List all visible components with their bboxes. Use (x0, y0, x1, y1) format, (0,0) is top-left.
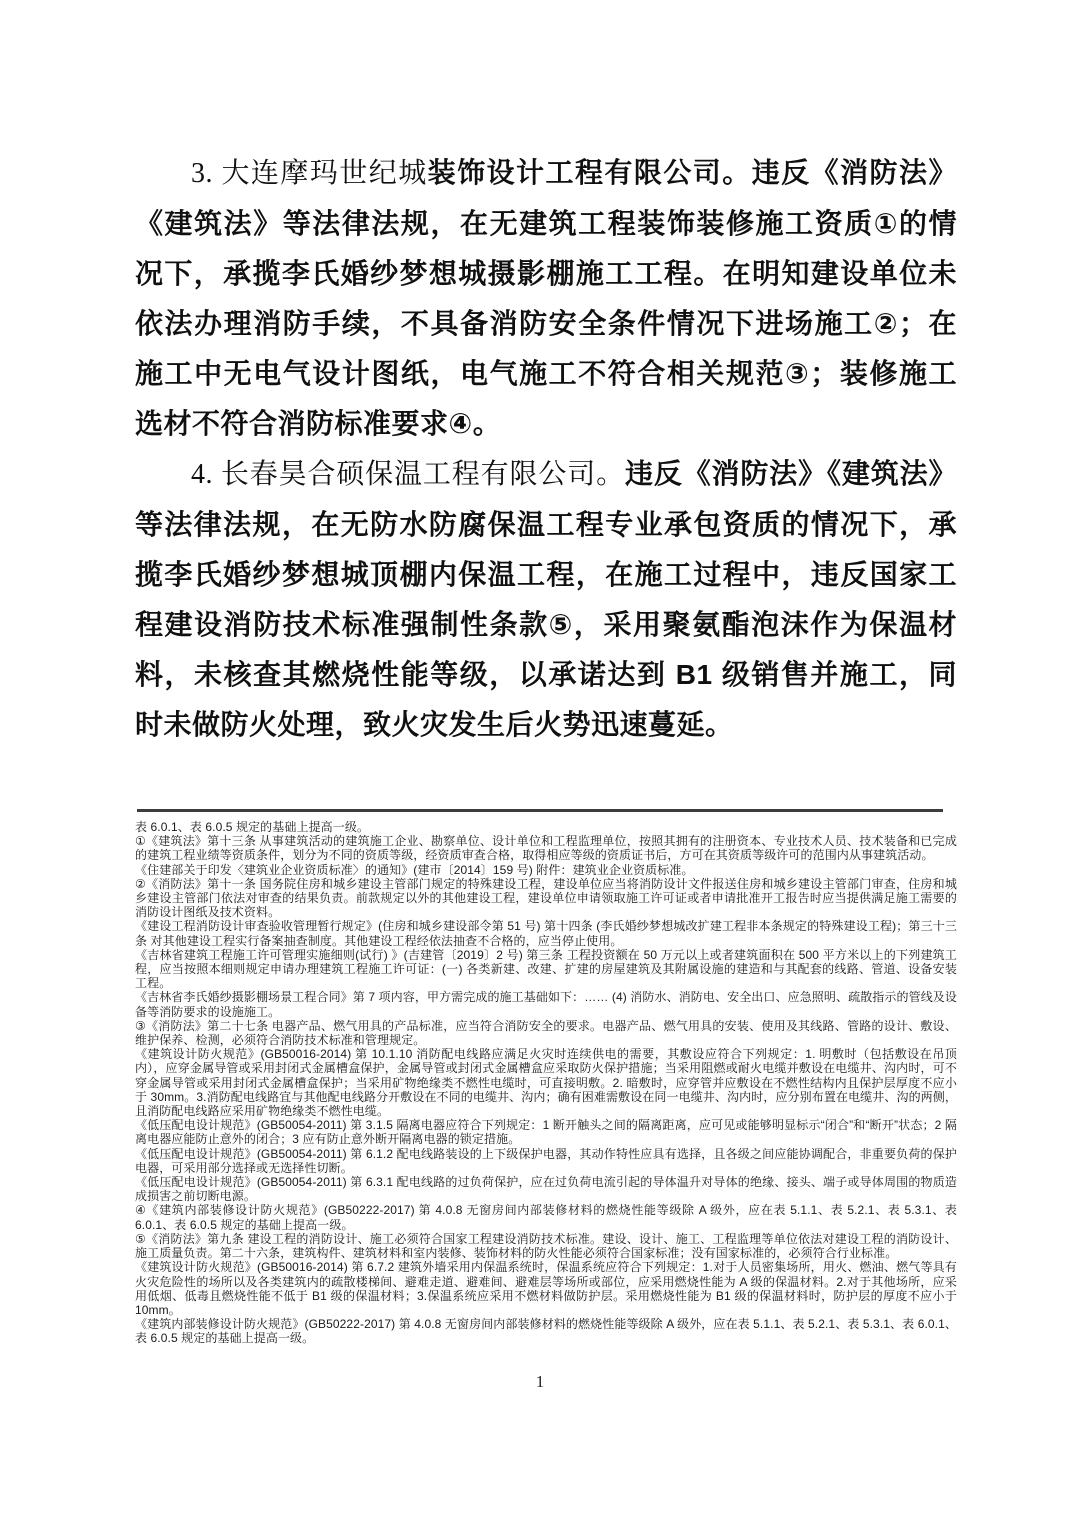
footnote-item: 《建筑内部装修设计防火规范》(GB50222-2017) 第 4.0.8 无窗房… (135, 1317, 957, 1345)
para3-body: 。违反《消防法》《建筑法》等法律法规，在无建筑工程装饰装修施工资质①的情况下，承… (135, 157, 957, 439)
footnote-item: 《住建部关于印发〈建筑业企业资质标准〉的通知》(建市〔2014〕159 号) 附… (135, 863, 957, 877)
footnote-item: ①《建筑法》第十三条 从事建筑活动的建筑施工企业、勘察单位、设计单位和工程监理单… (135, 834, 957, 862)
page-number: 1 (0, 1372, 1080, 1392)
footnote-item: 表 6.0.1、表 6.0.5 规定的基础上提高一级。 (135, 820, 957, 834)
footnote-item: 《低压配电设计规范》(GB50054-2011) 第 6.3.1 配电线路的过负… (135, 1175, 957, 1203)
footnote-separator-line (137, 809, 943, 812)
footnote-item: 《吉林省李氏婚纱摄影棚场景工程合同》第 7 项内容，甲方需完成的施工基础如下：…… (135, 990, 957, 1018)
paragraph-4: 4. 长春昊合硕保温工程有限公司。违反《消防法》《建筑法》等法律法规，在无防水防… (135, 449, 957, 750)
para4-body: 违反《消防法》《建筑法》等法律法规，在无防水防腐保温工程专业承包资质的情况下，承… (135, 458, 957, 740)
footnote-item: 《建设工程消防设计审查验收管理暂行规定》(住房和城乡建设部令第 51 号) 第十… (135, 919, 957, 947)
footnote-item: ⑤《消防法》第九条 建设工程的消防设计、施工必须符合国家工程建设消防技术标准。建… (135, 1232, 957, 1260)
body-text: 3. 大连摩玛世纪城装饰设计工程有限公司。违反《消防法》《建筑法》等法律法规，在… (135, 148, 957, 750)
para3-intro: 3. 大连摩玛世纪城 (191, 158, 428, 189)
para4-intro: 4. 长春昊合硕保温工程有限公司。 (191, 459, 625, 490)
footnote-item: 《低压配电设计规范》(GB50054-2011) 第 6.1.2 配电线路装设的… (135, 1147, 957, 1175)
footnote-item: 《建筑设计防火规范》(GB50016-2014) 第 10.1.10 消防配电线… (135, 1047, 957, 1118)
paragraph-3: 3. 大连摩玛世纪城装饰设计工程有限公司。违反《消防法》《建筑法》等法律法规，在… (135, 148, 957, 449)
para3-company-name: 装饰设计工程有限公司 (428, 157, 723, 188)
footnote-item: 《低压配电设计规范》(GB50054-2011) 第 3.1.5 隔离电器应符合… (135, 1118, 957, 1146)
footnote-item: 《吉林省建筑工程施工许可管理实施细则(试行) 》(吉建管〔2019〕2 号) 第… (135, 948, 957, 991)
footnotes-section: 表 6.0.1、表 6.0.5 规定的基础上提高一级。 ①《建筑法》第十三条 从… (135, 820, 957, 1346)
footnote-item: ③《消防法》第二十七条 电器产品、燃气用具的产品标准，应当符合消防安全的要求。电… (135, 1019, 957, 1047)
footnote-item: ②《消防法》第十一条 国务院住房和城乡建设主管部门规定的特殊建设工程，建设单位应… (135, 877, 957, 920)
footnote-item: 《建筑设计防火规范》(GB50016-2014) 第 6.7.2 建筑外墙采用内… (135, 1260, 957, 1317)
document-page: 3. 大连摩玛世纪城装饰设计工程有限公司。违反《消防法》《建筑法》等法律法规，在… (0, 0, 1080, 1527)
footnote-item: ④《建筑内部装修设计防火规范》(GB50222-2017) 第 4.0.8 无窗… (135, 1203, 957, 1231)
